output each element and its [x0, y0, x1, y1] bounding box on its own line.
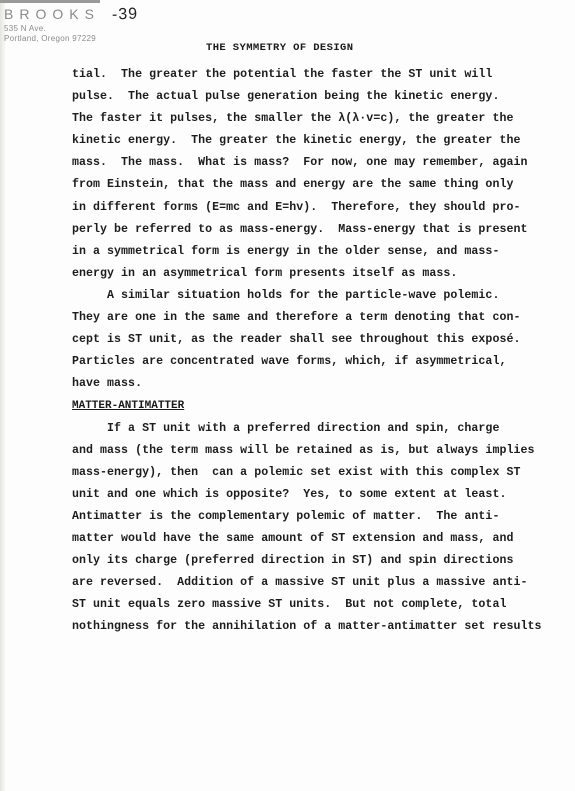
document-body: tial. The greater the potential the fast…	[72, 64, 552, 638]
text-line: are reversed. Addition of a massive ST u…	[72, 572, 552, 594]
text-line: mass. The mass. What is mass? For now, o…	[72, 152, 552, 174]
stamp-address-line2: Portland, Oregon 97229	[4, 34, 138, 44]
text-line: Antimatter is the complementary polemic …	[72, 506, 552, 528]
text-line: only its charge (preferred direction in …	[72, 550, 552, 572]
text-line: If a ST unit with a preferred direction …	[72, 418, 552, 440]
text-line: pulse. The actual pulse generation being…	[72, 86, 552, 108]
text-line: A similar situation holds for the partic…	[72, 285, 552, 307]
text-line: Particles are concentrated wave forms, w…	[72, 351, 552, 373]
stamp-number: -39	[111, 6, 138, 25]
text-line: unit and one which is opposite? Yes, to …	[72, 484, 552, 506]
text-line: cept is ST unit, as the reader shall see…	[72, 329, 552, 351]
stamp-address-line1: 535 N Ave.	[4, 24, 138, 34]
section-heading: MATTER-ANTIMATTER	[72, 395, 552, 417]
archive-stamp: BROOKS -39 535 N Ave. Portland, Oregon 9…	[4, 6, 138, 44]
text-line: perly be referred to as mass-energy. Mas…	[72, 219, 552, 241]
text-line: in a symmetrical form is energy in the o…	[72, 241, 552, 263]
text-line: tial. The greater the potential the fast…	[72, 64, 552, 86]
text-line: have mass.	[72, 373, 552, 395]
text-line: The faster it pulses, the smaller the λ(…	[72, 108, 552, 130]
text-line: from Einstein, that the mass and energy …	[72, 174, 552, 196]
text-line: They are one in the same and therefore a…	[72, 307, 552, 329]
text-line: mass-energy), then can a polemic set exi…	[72, 462, 552, 484]
text-line: matter would have the same amount of ST …	[72, 528, 552, 550]
text-line: nothingness for the annihilation of a ma…	[72, 616, 552, 638]
text-line: in different forms (E=mc and E=hv). Ther…	[72, 197, 552, 219]
stamp-name: BROOKS	[4, 6, 100, 22]
page-title: THE SYMMETRY OF DESIGN	[206, 42, 353, 54]
text-line: and mass (the term mass will be retained…	[72, 440, 552, 462]
text-line: energy in an asymmetrical form presents …	[72, 263, 552, 285]
text-line: ST unit equals zero massive ST units. Bu…	[72, 594, 552, 616]
text-line: kinetic energy. The greater the kinetic …	[72, 130, 552, 152]
page-edge-shadow	[0, 0, 5, 791]
scan-artifact	[0, 0, 100, 3]
